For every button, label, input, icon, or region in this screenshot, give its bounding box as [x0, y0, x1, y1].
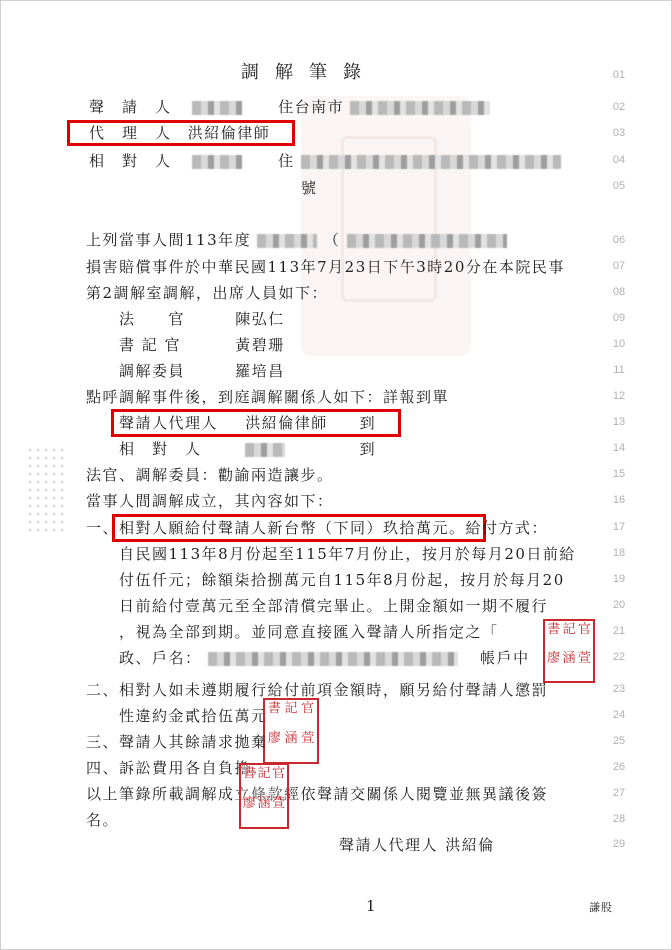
line-number: 19	[609, 573, 629, 585]
payment-schedule-2: 付伍仟元；餘額柒拾捌萬元自115年8月份起，按月於每月20	[119, 570, 565, 590]
line-number: 15	[609, 468, 629, 480]
document-page: 調解筆錄 聲 請 人 住台南市 代 理 人 洪紹倫律師 相 對 人 住 號 上列…	[0, 0, 672, 950]
line-number: 24	[609, 709, 629, 721]
applicant-address: 住台南市	[278, 98, 344, 116]
line-number: 08	[609, 286, 629, 298]
line-number: 17	[609, 521, 629, 533]
redacted-respondent	[245, 443, 285, 457]
present-respondent: 相 對 人 到	[119, 439, 376, 459]
attendee-judge: 法 官 陳弘仁	[119, 309, 285, 329]
redacted-case-detail	[347, 234, 507, 248]
line-number: 16	[609, 494, 629, 506]
settlement-clause-2: 二、相對人如未遵期履行給付前項金額時，願另給付聲請人懲罰	[86, 680, 548, 700]
present-agent: 聲請人代理人 洪紹倫律師 到	[119, 413, 376, 433]
line-number: 18	[609, 547, 629, 559]
penalty-amount: 性違約金貳拾伍萬元	[119, 706, 268, 726]
redacted-case-number	[257, 234, 317, 248]
respondent-row: 相 對 人 住	[89, 151, 561, 171]
respondent-address: 住	[278, 152, 295, 170]
payment-account-line: 政、戶名： 帳戶中	[119, 648, 530, 668]
redacted-applicant-address	[350, 101, 490, 115]
line-number: 04	[609, 154, 629, 166]
respondent-label: 相 對 人	[89, 152, 172, 170]
line-number: 01	[609, 69, 629, 81]
clerk-seal-stamp: 書記官 廖涵萱	[263, 698, 319, 764]
applicant-row: 聲 請 人 住台南市	[89, 97, 490, 117]
line-number: 07	[609, 260, 629, 272]
signature-line: 聲請人代理人 洪紹倫	[339, 835, 495, 855]
page-number: 1	[366, 897, 376, 915]
agent-row: 代 理 人 洪紹倫律師	[89, 123, 270, 143]
settlement-clause-1: 一、相對人願給付聲請人新台幣（下同）玖拾萬元。給付方式：	[86, 518, 548, 538]
judge-advice: 法官、調解委員：勸諭兩造讓步。	[86, 465, 334, 485]
payment-schedule-4: ，視為全部到期。並同意直接匯入聲請人所指定之「	[119, 622, 499, 642]
line-number: 20	[609, 599, 629, 611]
line-number: 26	[609, 761, 629, 773]
attendee-clerk: 書 記 官 黃碧珊	[119, 335, 285, 355]
line-number: 05	[609, 180, 629, 192]
clerk-seal-stamp: 書記官 廖涵萱	[239, 763, 289, 829]
closing-statement-end: 名。	[86, 810, 119, 830]
line-number: 11	[609, 364, 629, 376]
attendee-mediator: 調解委員 羅培昌	[119, 361, 285, 381]
payment-schedule-1: 自民國113年8月份起至115年7月份止，按月於每月20日前給	[119, 544, 576, 564]
line-number: 22	[609, 651, 629, 663]
closing-statement: 以上筆錄所載調解成立條款經依聲請交關係人閱覽並無異議後簽	[86, 784, 548, 804]
line-number: 21	[609, 625, 629, 637]
redacted-respondent-address	[301, 155, 561, 169]
agent-label: 代 理 人	[89, 124, 172, 142]
line-number: 25	[609, 735, 629, 747]
settlement-clause-3: 三、聲請人其餘請求拋棄	[86, 732, 268, 752]
line-number: 10	[609, 338, 629, 350]
line-number: 23	[609, 683, 629, 695]
perforation-marks	[26, 446, 66, 536]
case-date-line: 損害賠償事件於中華民國113年7月23日下午3時20分在本院民事	[86, 257, 565, 277]
applicant-label: 聲 請 人	[89, 98, 172, 116]
case-intro-line: 上列當事人間113年度 （	[86, 230, 507, 250]
address-suffix: 號	[301, 178, 318, 198]
line-number: 03	[609, 127, 629, 139]
payment-schedule-3: 日前給付壹萬元至全部清償完畢止。上開金額如一期不履行	[119, 596, 548, 616]
line-number: 29	[609, 838, 629, 850]
line-number: 28	[609, 813, 629, 825]
line-number: 02	[609, 101, 629, 113]
background-watermark-stamp	[301, 96, 471, 356]
line-number: 06	[609, 234, 629, 246]
agent-name: 洪紹倫律師	[188, 124, 271, 142]
line-number: 12	[609, 390, 629, 402]
settlement-amount: 相對人願給付聲請人新台幣（下同）玖拾萬元	[119, 519, 449, 537]
redacted-applicant-name	[192, 101, 242, 115]
roll-call-line: 點呼調解事件後，到庭調解關係人如下：詳報到單	[86, 387, 449, 407]
line-number: 27	[609, 787, 629, 799]
attendees-intro: 第2調解室調解，出席人員如下：	[86, 283, 328, 303]
settlement-intro: 當事人間調解成立，其內容如下：	[86, 491, 334, 511]
court-division: 謙股	[589, 899, 613, 915]
line-number: 14	[609, 442, 629, 454]
line-number: 13	[609, 416, 629, 428]
redacted-respondent-name	[192, 155, 242, 169]
clerk-seal-stamp: 書記官 廖涵萱	[543, 619, 595, 683]
line-number: 09	[609, 312, 629, 324]
redacted-account-name	[208, 652, 458, 666]
document-title: 調解筆錄	[241, 63, 377, 83]
